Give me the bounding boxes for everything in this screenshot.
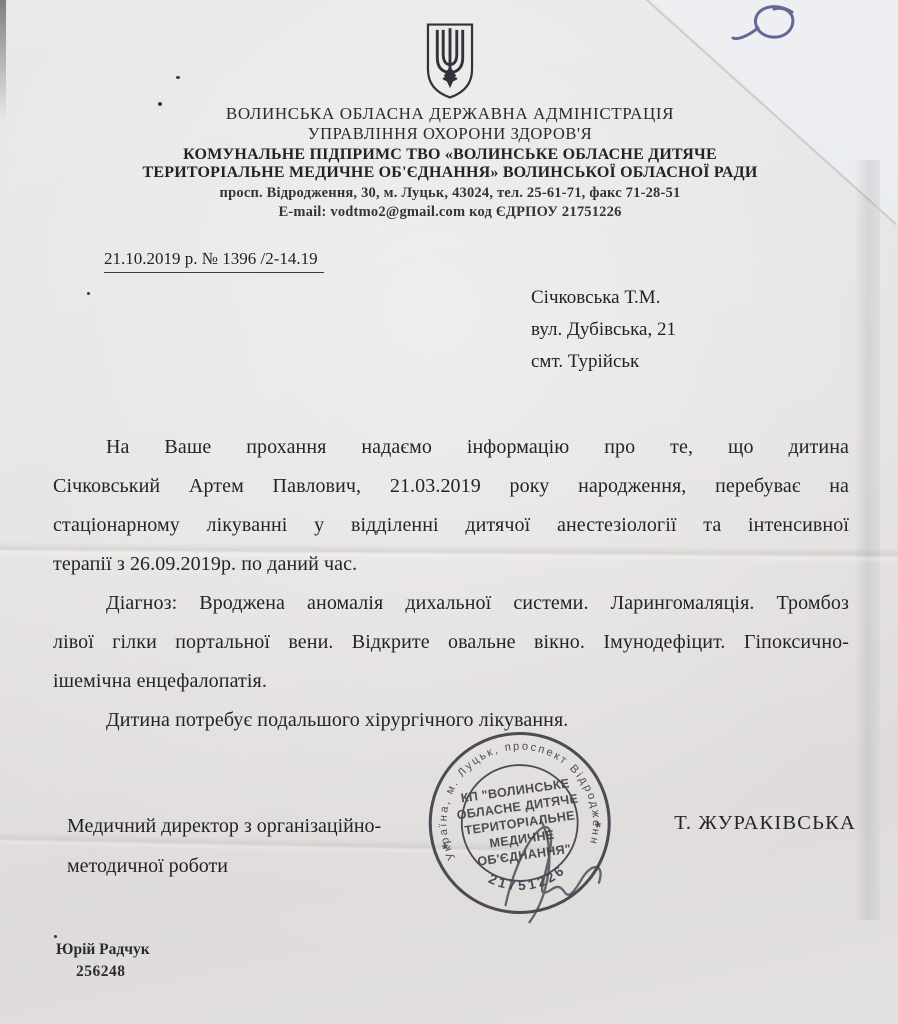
org-address: просп. Відродження, 30, м. Луцьк, 43024,… <box>20 185 880 202</box>
body-paragraph-1-line: стаціонарному лікуванні у відділенні дит… <box>53 506 849 545</box>
body-paragraph-2-line: лівої гілки портальної вени. Відкрите ов… <box>53 623 849 662</box>
executor-name: Юрій Радчук <box>56 941 150 959</box>
paper-right-edge-shadow <box>854 160 880 920</box>
body-paragraph-2-line: ішемічна енцефалопатія. <box>53 662 849 701</box>
body-paragraph-1-line: На Ваше прохання надаємо інформацію про … <box>53 428 849 467</box>
stamp-edrpou-number: 21751226 <box>484 861 570 899</box>
org-name-line1: ВОЛИНСЬКА ОБЛАСНА ДЕРЖАВНА АДМІНІСТРАЦІЯ <box>20 104 880 124</box>
org-name-line3: КОМУНАЛЬНЕ ПІДПРИМС ТВО «ВОЛИНСЬКЕ ОБЛАС… <box>20 146 880 164</box>
org-email: E-mail: vodtmo2@gmail.com код ЄДРПОУ 217… <box>20 204 880 221</box>
tryzub-emblem-icon <box>424 22 476 100</box>
signatory-name: Т. ЖУРАКІВСЬКА <box>674 812 856 835</box>
letterhead: ВОЛИНСЬКА ОБЛАСНА ДЕРЖАВНА АДМІНІСТРАЦІЯ… <box>20 22 880 221</box>
stamp-number-holder: 21751226 <box>484 861 570 899</box>
scan-speck <box>87 292 90 295</box>
executor-phone-code: 256248 <box>76 963 126 981</box>
org-name-line4: ТЕРИТОРІАЛЬНЕ МЕДИЧНЕ ОБ'ЄДНАННЯ» ВОЛИНС… <box>20 164 880 182</box>
addressee-name: Січковська Т.М. <box>531 282 676 314</box>
org-name-line2: УПРАВЛІННЯ ОХОРОНИ ЗДОРОВ'Я <box>20 124 880 144</box>
official-round-stamp: Україна, м. Луцьк, проспект Відродження,… <box>382 687 658 963</box>
scanned-letter: ВОЛИНСЬКА ОБЛАСНА ДЕРЖАВНА АДМІНІСТРАЦІЯ… <box>0 0 898 1024</box>
body-paragraph-1-line: Січковський Артем Павлович, 21.03.2019 р… <box>53 467 849 506</box>
addressee-town: смт. Турійськ <box>531 346 676 378</box>
paper-left-edge <box>0 0 6 120</box>
letter-body: На Ваше прохання надаємо інформацію про … <box>53 428 849 740</box>
scan-speck <box>54 935 57 938</box>
addressee-street: вул. Дубівська, 21 <box>531 314 676 346</box>
body-paragraph-2-line: Діагноз: Вроджена аномалія дихальної сис… <box>53 584 849 623</box>
body-paragraph-1-line: терапії з 26.09.2019р. по даний час. <box>53 545 849 584</box>
reference-number: 21.10.2019 р. № 1396 /2-14.19 <box>104 249 324 273</box>
addressee-block: Січковська Т.М. вул. Дубівська, 21 смт. … <box>531 282 676 378</box>
